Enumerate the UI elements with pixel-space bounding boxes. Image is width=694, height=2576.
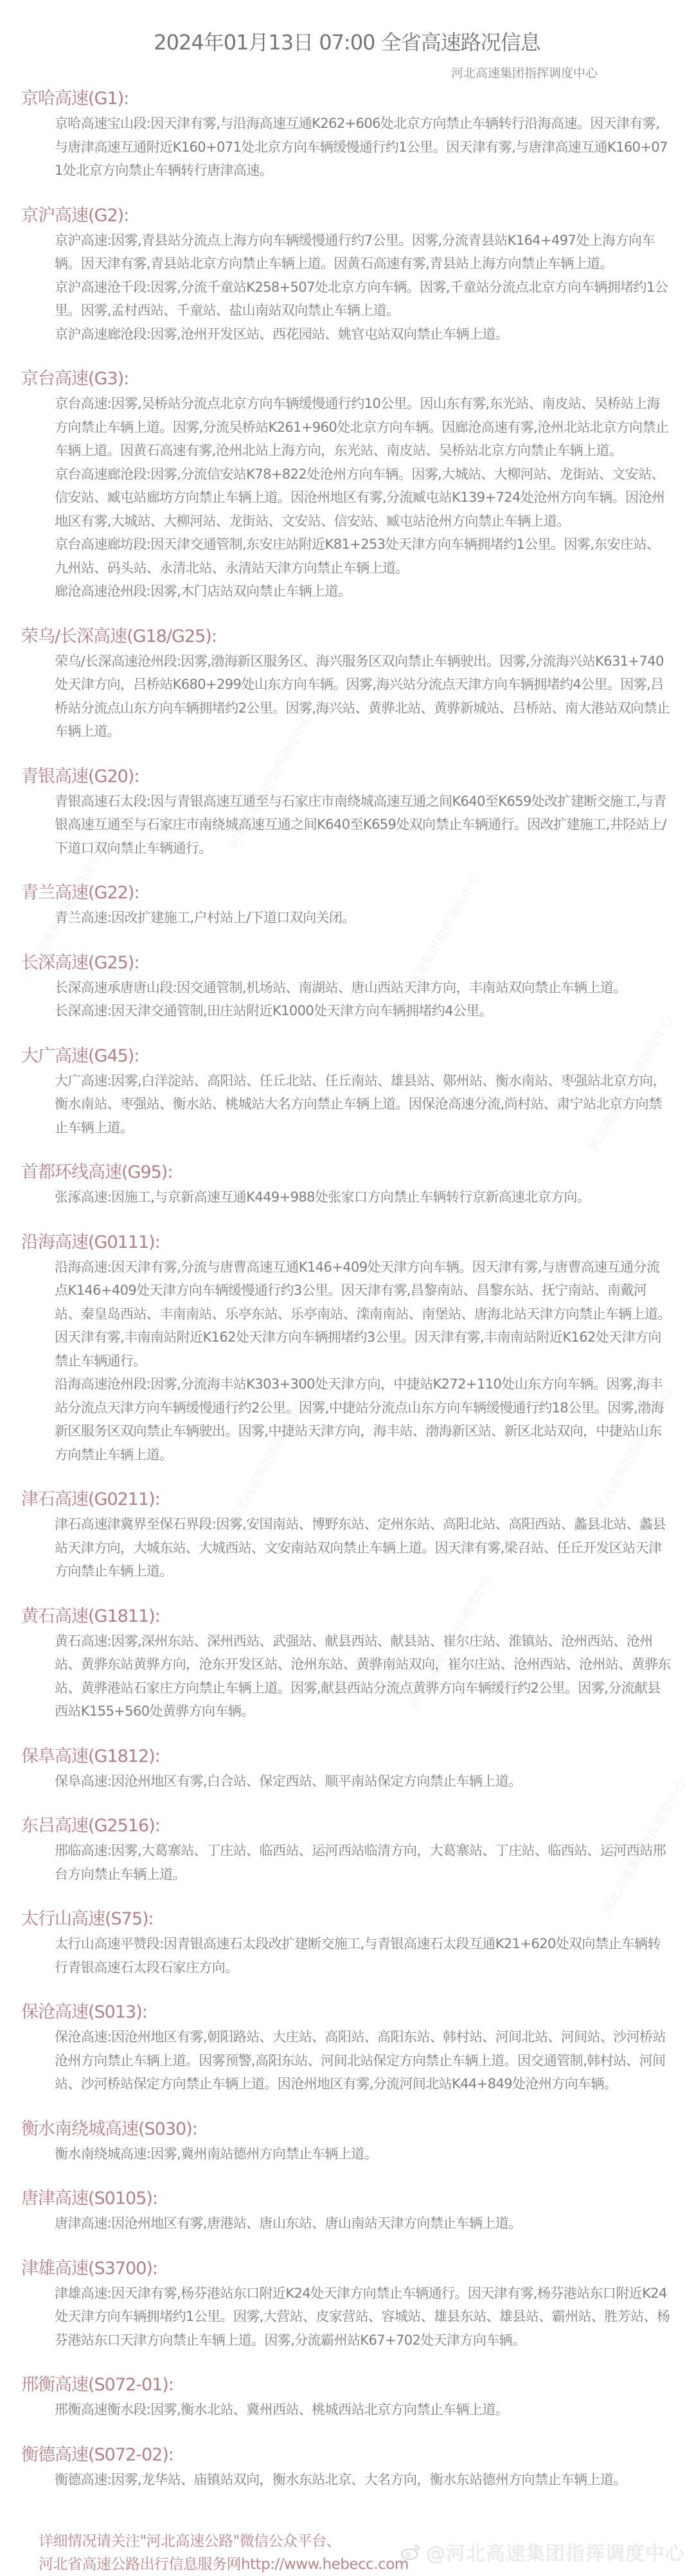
road-heading: 黄石高速(G1811): [21,1604,694,1630]
road-section: 津雄高速(S3700):津雄高速:因天津有雾,杨芬港站东口附近K24处天津方向禁… [0,2256,694,2352]
road-section: 京台高速(G3):京台高速:因雾,吴桥站分流点北京方向车辆缓慢通行约10公里。因… [0,366,694,603]
road-condition-entry: 京沪高速廊沧段:因雾,沧州开发区站、西花园站、姚官屯站双向禁止车辆上道。 [55,323,672,346]
road-condition-entry: 保阜高速:因沧州地区有雾,白合站、保定西站、顺平南站保定方向禁止车辆上道。 [55,1770,672,1793]
road-heading: 京沪高速(G2): [21,203,694,229]
road-heading: 沿海高速(G0111): [21,1230,694,1256]
weibo-watermark: @河北高速集团指挥调度中心 [400,2537,685,2566]
road-section: 黄石高速(G1811):黄石高速:因雾,深州东站、深州西站、武强站、献县西站、献… [0,1604,694,1723]
road-heading: 青兰高速(G22): [21,880,694,906]
road-heading: 大广高速(G45): [21,1044,694,1069]
road-condition-entry: 沿海高速沧州段:因雾,分流海丰站K303+300处天津方向，中捷站K272+11… [55,1372,672,1466]
road-section: 长深高速(G25):长深高速承唐唐山段:因交通管制,机场站、南湖站、唐山西站天津… [0,950,694,1023]
weibo-icon [400,2543,422,2561]
road-section: 东吕高速(G2516):邢临高速:因雾,大葛寨站、丁庄站、临西站、运河西站临清方… [0,1813,694,1886]
road-condition-entry: 廊沧高速沧州段:因雾,木门店站双向禁止车辆上道。 [55,580,672,603]
road-condition-entry: 衡水南绕城高速:因雾,冀州南站德州方向禁止车辆上道。 [55,2142,672,2166]
road-condition-entry: 长深高速承唐唐山段:因交通管制,机场站、南湖站、唐山西站天津方向，丰南站双向禁止… [55,976,672,1000]
road-heading: 衡水南绕城高速(S030): [21,2117,694,2142]
road-heading: 京哈高速(G1): [21,86,694,112]
road-heading: 邢衡高速(S072-01): [21,2372,694,2398]
road-section: 荣乌/长深高速(G18/G25):荣乌/长深高速沧州段:因雾,渤海新区服务区、海… [0,624,694,743]
road-heading: 保阜高速(G1812): [21,1744,694,1770]
road-section: 首都环线高速(G95):张涿高速:因施工,与京新高速互通K449+988处张家口… [0,1160,694,1209]
road-section: 青兰高速(G22):青兰高速:因改扩建施工,户村站上/下道口双向关闭。 [0,880,694,930]
road-condition-entry: 唐津高速:因沧州地区有雾,唐港站、唐山东站、唐山南站天津方向禁止车辆上道。 [55,2212,672,2235]
road-condition-entry: 太行山高速平赞段:因青银高速石太段改扩建断交施工,与青银高速石太段互通K21+6… [55,1932,672,1979]
road-section: 衡德高速(S072-02):衡德高速:因雾,龙华站、庙镇站双向，衡水东站北京、大… [0,2442,694,2492]
road-condition-entry: 邢衡高速衡水段:因雾,衡水北站、冀州西站、桃城西站北京方向禁止车辆上道。 [55,2398,672,2422]
road-condition-entry: 长深高速:因天津交通管制,田庄站附近K1000处天津方向车辆拥堵约4公里。 [55,999,672,1023]
road-section: 津石高速(G0211):津石高速津冀界至保石界段:因雾,安国南站、博野东站、定州… [0,1487,694,1583]
road-heading: 青银高速(G20): [21,764,694,790]
road-heading: 长深高速(G25): [21,950,694,976]
road-heading: 太行山高速(S75): [21,1906,694,1932]
road-section: 唐津高速(S0105):唐津高速:因沧州地区有雾,唐港站、唐山东站、唐山南站天津… [0,2186,694,2235]
road-condition-entry: 津石高速津冀界至保石界段:因雾,安国南站、博野东站、定州东站、高阳北站、高阳西站… [55,1513,672,1583]
road-condition-entry: 大广高速:因雾,白洋淀站、高阳站、任丘北站、任丘南站、雄县站、鄚州站、衡水南站、… [55,1069,672,1140]
road-heading: 衡德高速(S072-02): [21,2442,694,2468]
road-condition-entry: 黄石高速:因雾,深州东站、深州西站、武强站、献县西站、献县站、崔尔庄站、淮镇站、… [55,1630,672,1723]
road-section: 保沧高速(S013):保沧高速:因沧州地区有雾,朝阳路站、大庄站、高阳站、高阳东… [0,2000,694,2096]
road-section: 保阜高速(G1812):保阜高速:因沧州地区有雾,白合站、保定西站、顺平南站保定… [0,1744,694,1793]
road-condition-entry: 衡德高速:因雾,龙华站、庙镇站双向，衡水东站北京、大名方向，衡水东站德州方向禁止… [55,2468,672,2492]
road-heading: 唐津高速(S0105): [21,2186,694,2212]
road-section: 青银高速(G20):青银高速石太段:因与青银高速互通至与石家庄市南绕城高速互通之… [0,764,694,860]
road-condition-entry: 京沪高速沧千段:因雾,分流千童站K258+507处北京方向车辆。因雾,千童站分流… [55,276,672,323]
road-condition-entry: 荣乌/长深高速沧州段:因雾,渤海新区服务区、海兴服务区双向禁止车辆驶出。因雾,分… [55,650,672,743]
page-title: 2024年01月13日 07:00 全省高速路况信息 [0,28,694,57]
road-heading: 保沧高速(S013): [21,2000,694,2025]
road-condition-entry: 张涿高速:因施工,与京新高速互通K449+988处张家口方向禁止车辆转行京新高速… [55,1186,672,1209]
road-section: 太行山高速(S75):太行山高速平赞段:因青银高速石太段改扩建断交施工,与青银高… [0,1906,694,1979]
road-condition-entry: 保沧高速:因沧州地区有雾,朝阳路站、大庄站、高阳站、高阳东站、韩村站、河间北站、… [55,2025,672,2096]
road-heading: 荣乌/长深高速(G18/G25): [21,624,694,650]
road-condition-entry: 京台高速廊坊段:因天津交通管制,东安庄站附近K81+253处天津方向车辆拥堵约1… [55,533,672,580]
road-condition-entry: 邢临高速:因雾,大葛寨站、丁庄站、临西站、运河西站临清方向，大葛寨站、丁庄站、临… [55,1839,672,1886]
road-heading: 津雄高速(S3700): [21,2256,694,2282]
road-condition-entry: 沿海高速:因天津有雾,分流与唐曹高速互通K146+409处天津方向车辆。因天津有… [55,1256,672,1373]
road-section: 衡水南绕城高速(S030):衡水南绕城高速:因雾,冀州南站德州方向禁止车辆上道。 [0,2117,694,2166]
road-condition-entry: 京台高速:因雾,吴桥站分流点北京方向车辆缓慢通行约10公里。因山东有雾,东光站、… [55,392,672,463]
road-section: 京哈高速(G1):京哈高速宝山段:因天津有雾,与沿海高速互通K262+606处北… [0,86,694,182]
issuer-label: 河北高速集团指挥调度中心 [0,64,694,82]
road-condition-entry: 青兰高速:因改扩建施工,户村站上/下道口双向关闭。 [55,906,672,930]
road-heading: 津石高速(G0211): [21,1487,694,1513]
road-heading: 京台高速(G3): [21,366,694,392]
sections-container: 京哈高速(G1):京哈高速宝山段:因天津有雾,与沿海高速互通K262+606处北… [0,86,694,2491]
road-heading: 东吕高速(G2516): [21,1813,694,1839]
road-condition-entry: 京台高速廊沧段:因雾,分流信安站K78+822处沧州方向车辆。因雾,大城站、大柳… [55,463,672,533]
road-section: 大广高速(G45):大广高速:因雾,白洋淀站、高阳站、任丘北站、任丘南站、雄县站… [0,1044,694,1140]
road-section: 邢衡高速(S072-01):邢衡高速衡水段:因雾,衡水北站、冀州西站、桃城西站北… [0,2372,694,2422]
road-heading: 首都环线高速(G95): [21,1160,694,1186]
road-condition-entry: 青银高速石太段:因与青银高速互通至与石家庄市南绕城高速互通之间K640至K659… [55,790,672,860]
road-section: 京沪高速(G2):京沪高速:因雾,青县站分流点上海方向车辆缓慢通行约7公里。因雾… [0,203,694,346]
road-section: 沿海高速(G0111):沿海高速:因天津有雾,分流与唐曹高速互通K146+409… [0,1230,694,1467]
road-condition-entry: 京哈高速宝山段:因天津有雾,与沿海高速互通K262+606处北京方向禁止车辆转行… [55,112,672,182]
road-condition-entry: 京沪高速:因雾,青县站分流点上海方向车辆缓慢通行约7公里。因雾,分流青县站K16… [55,229,672,276]
road-condition-entry: 津雄高速:因天津有雾,杨芬港站东口附近K24处天津方向禁止车辆通行。因天津有雾,… [55,2282,672,2352]
road-conditions-document: 2024年01月13日 07:00 全省高速路况信息 河北高速集团指挥调度中心 … [0,0,694,2576]
weibo-handle: @河北高速集团指挥调度中心 [426,2537,685,2566]
